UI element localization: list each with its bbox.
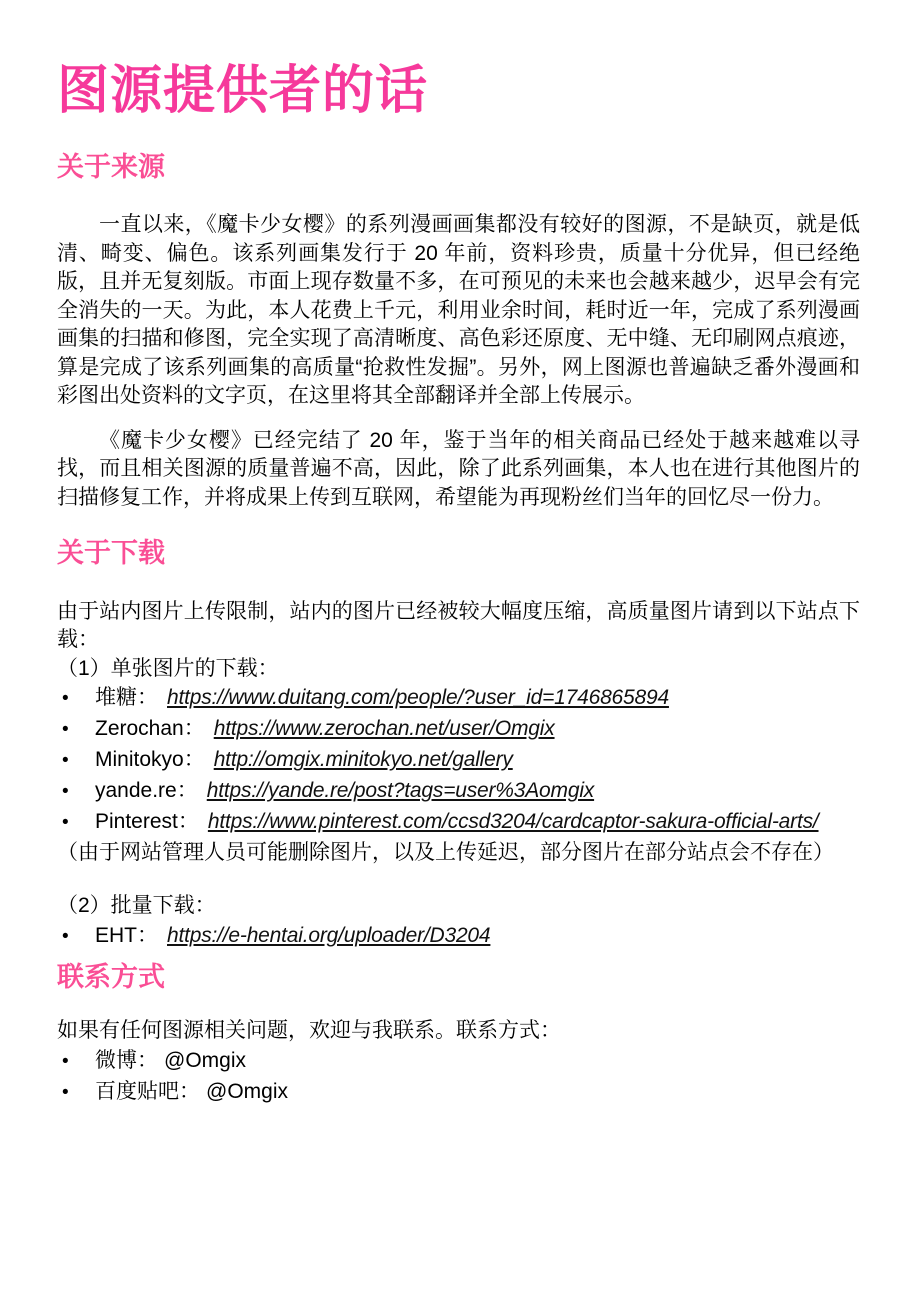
eht-link[interactable]: https://e-hentai.org/uploader/D3204 <box>167 924 490 947</box>
list-item: • Minitokyo：http://omgix.minitokyo.net/g… <box>57 745 860 776</box>
contact-list: • 微博：@Omgix • 百度贴吧：@Omgix <box>57 1046 860 1108</box>
batch-download-label: （2）批量下载： <box>57 892 860 921</box>
link-label: Pinterest： <box>95 810 199 833</box>
source-paragraph-2: 《魔卡少女樱》已经完结了 20 年，鉴于当年的相关商品已经处于越来越难以寻找，而… <box>57 427 860 513</box>
document-page: 图源提供者的话 关于来源 一直以来，《魔卡少女樱》的系列漫画画集都没有较好的图源… <box>0 0 917 1297</box>
tieba-item: • 百度贴吧：@Omgix <box>57 1077 860 1108</box>
contact-label: 微博： <box>95 1049 158 1072</box>
list-item: • EHT：https://e-hentai.org/uploader/D320… <box>57 921 860 952</box>
section-heading-contact: 联系方式 <box>57 960 860 996</box>
list-item: • yande.re：https://yande.re/post?tags=us… <box>57 776 860 807</box>
bullet-icon: • <box>57 684 95 714</box>
yandere-link[interactable]: https://yande.re/post?tags=user%3Aomgix <box>207 779 594 802</box>
pinterest-link[interactable]: https://www.pinterest.com/ccsd3204/cardc… <box>208 810 819 833</box>
bullet-icon: • <box>57 777 95 807</box>
download-note: （由于网站管理人员可能删除图片，以及上传延迟，部分图片在部分站点会不存在） <box>57 838 860 868</box>
link-label: EHT： <box>95 924 158 947</box>
single-download-label: （1）单张图片的下载： <box>57 655 860 684</box>
page-title: 图源提供者的话 <box>57 58 860 126</box>
contact-intro: 如果有任何图源相关问题，欢迎与我联系。联系方式： <box>57 1017 860 1046</box>
batch-download-list: • EHT：https://e-hentai.org/uploader/D320… <box>57 921 860 952</box>
link-label: yande.re： <box>95 779 198 802</box>
single-download-list: • 堆糖：https://www.duitang.com/people/?use… <box>57 683 860 838</box>
contact-label: 百度贴吧： <box>95 1080 200 1103</box>
list-item: • Zerochan：https://www.zerochan.net/user… <box>57 714 860 745</box>
bullet-icon: • <box>57 922 95 952</box>
bullet-icon: • <box>57 715 95 745</box>
link-label: 堆糖： <box>95 686 158 709</box>
weibo-item: • 微博：@Omgix <box>57 1046 860 1077</box>
list-item: • 堆糖：https://www.duitang.com/people/?use… <box>57 683 860 714</box>
zerochan-link[interactable]: https://www.zerochan.net/user/Omgix <box>214 717 555 740</box>
weibo-handle: @Omgix <box>164 1049 246 1072</box>
bullet-icon: • <box>57 1047 95 1077</box>
list-item: • Pinterest：https://www.pinterest.com/cc… <box>57 807 860 838</box>
minitokyo-link[interactable]: http://omgix.minitokyo.net/gallery <box>214 748 513 771</box>
bullet-icon: • <box>57 746 95 776</box>
section-heading-download: 关于下载 <box>57 536 860 572</box>
source-paragraph-1: 一直以来，《魔卡少女樱》的系列漫画画集都没有较好的图源，不是缺页，就是低清、畸变… <box>57 211 860 411</box>
link-label: Zerochan： <box>95 717 205 740</box>
duitang-link[interactable]: https://www.duitang.com/people/?user_id=… <box>167 686 669 709</box>
tieba-handle: @Omgix <box>206 1080 288 1103</box>
download-intro: 由于站内图片上传限制，站内的图片已经被较大幅度压缩，高质量图片请到以下站点下载： <box>57 598 860 655</box>
link-label: Minitokyo： <box>95 748 205 771</box>
bullet-icon: • <box>57 1078 95 1108</box>
section-heading-source: 关于来源 <box>57 150 860 186</box>
bullet-icon: • <box>57 808 95 838</box>
